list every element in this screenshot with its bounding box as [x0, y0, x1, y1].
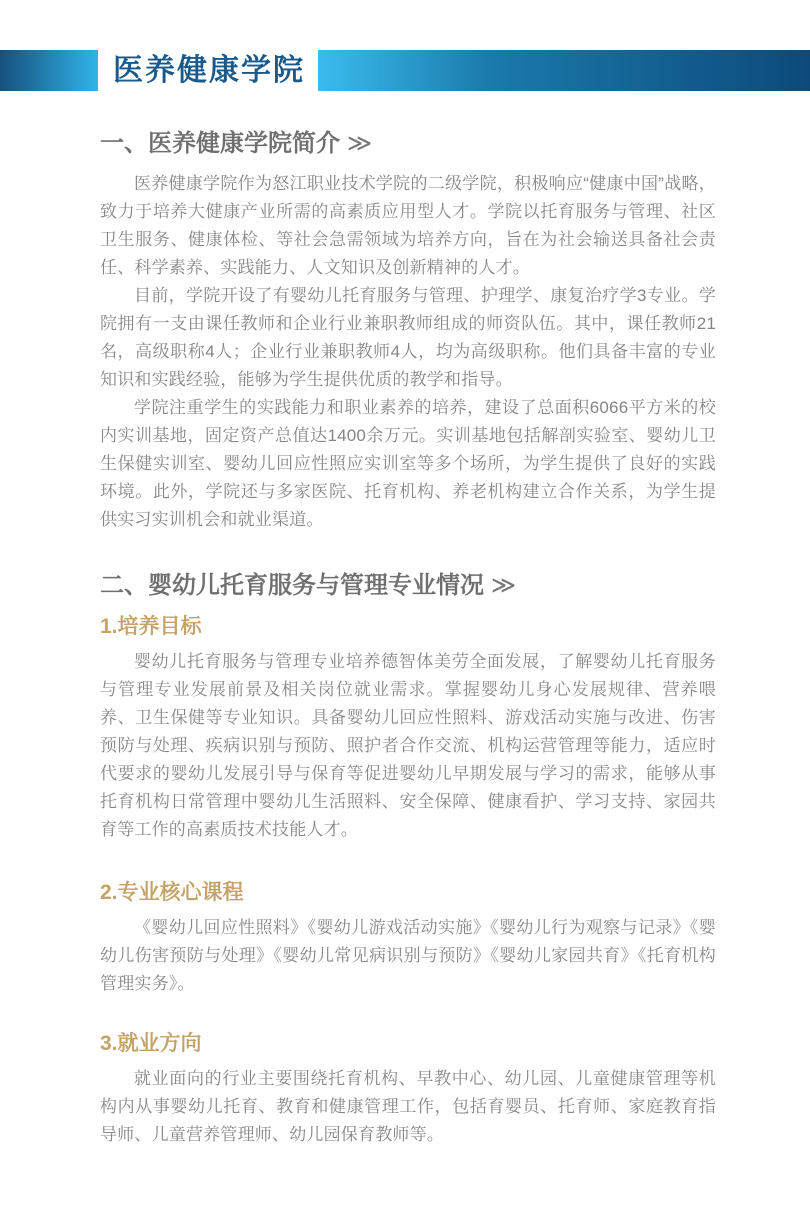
page: 医养健康学院 一、医养健康学院简介≫ 医养健康学院作为怒江职业技术学院的二级学院… [0, 0, 810, 1224]
subsection-1-title: 1.培养目标 [100, 613, 716, 641]
header-banner: 医养健康学院 [0, 50, 810, 91]
page-title: 医养健康学院 [98, 50, 318, 91]
section-1-heading-text: 一、医养健康学院简介 [100, 130, 340, 157]
subsection-2-title: 2.专业核心课程 [100, 879, 716, 907]
section-1-paragraph-2: 目前，学院开设了有婴幼儿托育服务与管理、护理学、康复治疗学3专业。学院拥有一支由… [100, 282, 716, 394]
subsection-1-body: 婴幼儿托育服务与管理专业培养德智体美劳全面发展，了解婴幼儿托育服务与管理专业发展… [100, 648, 716, 844]
subsection-3-title: 3.就业方向 [100, 1030, 716, 1058]
section-2-heading-text: 二、婴幼儿托育服务与管理专业情况 [100, 572, 484, 599]
header-bar-left [0, 50, 98, 91]
section-1-paragraph-3: 学院注重学生的实践能力和职业素养的培养，建设了总面积6066平方米的校内实训基地… [100, 394, 716, 534]
subsection-3-body: 就业面向的行业主要围绕托育机构、早教中心、幼儿园、儿童健康管理等机构内从事婴幼儿… [100, 1065, 716, 1149]
header-bar-right [318, 50, 810, 91]
section-2-heading: 二、婴幼儿托育服务与管理专业情况≫ [100, 570, 716, 602]
section-1-heading: 一、医养健康学院简介≫ [100, 128, 716, 160]
subsection-2-body: 《婴幼儿回应性照料》《婴幼儿游戏活动实施》《婴幼儿行为观察与记录》《婴幼儿伤害预… [100, 914, 716, 998]
content-area: 一、医养健康学院简介≫ 医养健康学院作为怒江职业技术学院的二级学院，积极响应“健… [100, 128, 716, 1149]
double-chevron-icon: ≫ [347, 130, 372, 157]
section-1-paragraph-1: 医养健康学院作为怒江职业技术学院的二级学院，积极响应“健康中国”战略，致力于培养… [100, 170, 716, 282]
double-chevron-icon: ≫ [491, 572, 516, 599]
